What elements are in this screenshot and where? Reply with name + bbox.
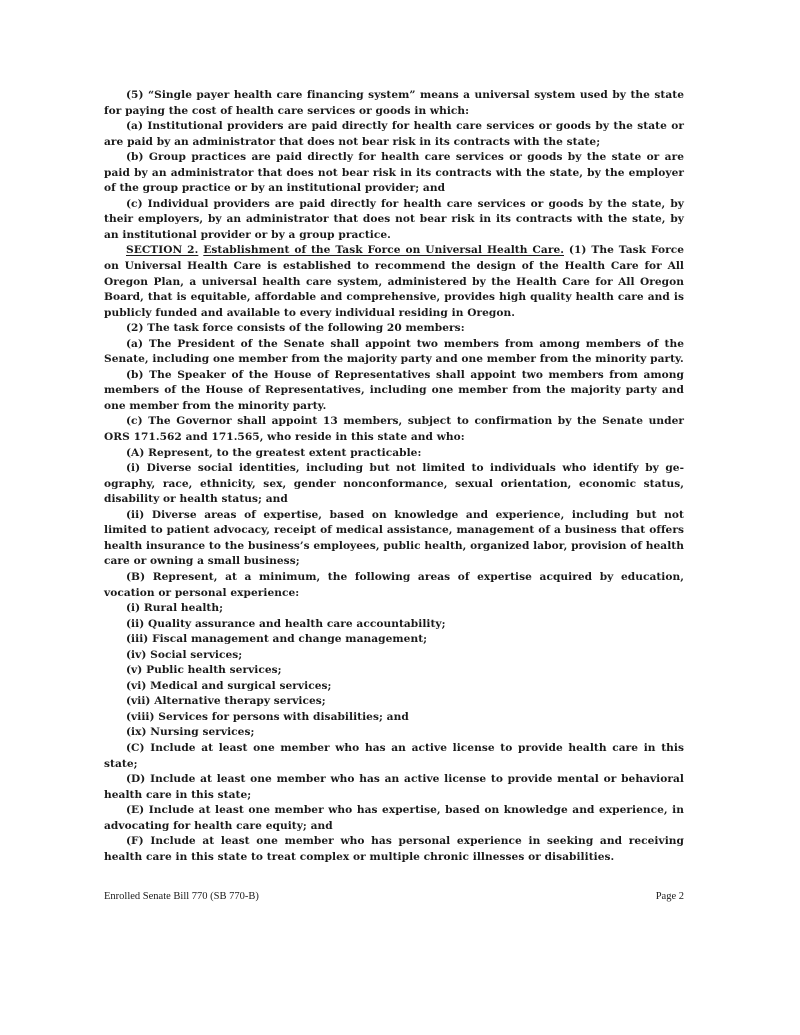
paragraph-2c-B: (B) Represent, at a minimum, the followi… (104, 570, 684, 601)
paragraph-definition-5: (5) “Single payer health care financing … (104, 88, 684, 119)
section-2-paragraph: SECTION 2. Establishment of the Task For… (104, 243, 684, 321)
paragraph-definition-5b: (b) Group practices are paid directly fo… (104, 150, 684, 197)
list-item-B-v: (v) Public health services; (104, 663, 684, 679)
list-item-B-ii: (ii) Quality assurance and health care a… (104, 617, 684, 633)
paragraph-2c-C: (C) Include at least one member who has … (104, 741, 684, 772)
list-item-B-vii: (vii) Alternative therapy services; (104, 694, 684, 710)
paragraph-2c-F: (F) Include at least one member who has … (104, 834, 684, 865)
paragraph-2b: (b) The Speaker of the House of Represen… (104, 368, 684, 415)
page-number: Page 2 (656, 891, 684, 902)
list-item-B-i: (i) Rural health; (104, 601, 684, 617)
bill-label: Enrolled Senate Bill 770 (SB 770-B) (104, 891, 259, 902)
list-item-B-viii: (viii) Services for persons with disabil… (104, 710, 684, 726)
list-item-B-iv: (iv) Social services; (104, 648, 684, 664)
section-label: SECTION 2. (126, 244, 198, 256)
paragraph-2c-A: (A) Represent, to the greatest extent pr… (104, 446, 684, 462)
paragraph-2c-A-ii: (ii) Diverse areas of expertise, based o… (104, 508, 684, 570)
paragraph-definition-5a: (a) Institutional providers are paid dir… (104, 119, 684, 150)
paragraph-2c-E: (E) Include at least one member who has … (104, 803, 684, 834)
section-heading: Establishment of the Task Force on Unive… (203, 244, 564, 256)
document-body: (5) “Single payer health care financing … (104, 88, 684, 865)
paragraph-2: (2) The task force consists of the follo… (104, 321, 684, 337)
paragraph-2a: (a) The President of the Senate shall ap… (104, 337, 684, 368)
paragraph-definition-5c: (c) Individual providers are paid direct… (104, 197, 684, 244)
paragraph-2c: (c) The Governor shall appoint 13 member… (104, 414, 684, 445)
paragraph-2c-A-i: (i) Diverse social identities, including… (104, 461, 684, 508)
paragraph-2c-D: (D) Include at least one member who has … (104, 772, 684, 803)
list-item-B-iii: (iii) Fiscal management and change manag… (104, 632, 684, 648)
list-item-B-vi: (vi) Medical and surgical services; (104, 679, 684, 695)
list-item-B-ix: (ix) Nursing services; (104, 725, 684, 741)
page-footer: Enrolled Senate Bill 770 (SB 770-B) Page… (104, 891, 684, 902)
